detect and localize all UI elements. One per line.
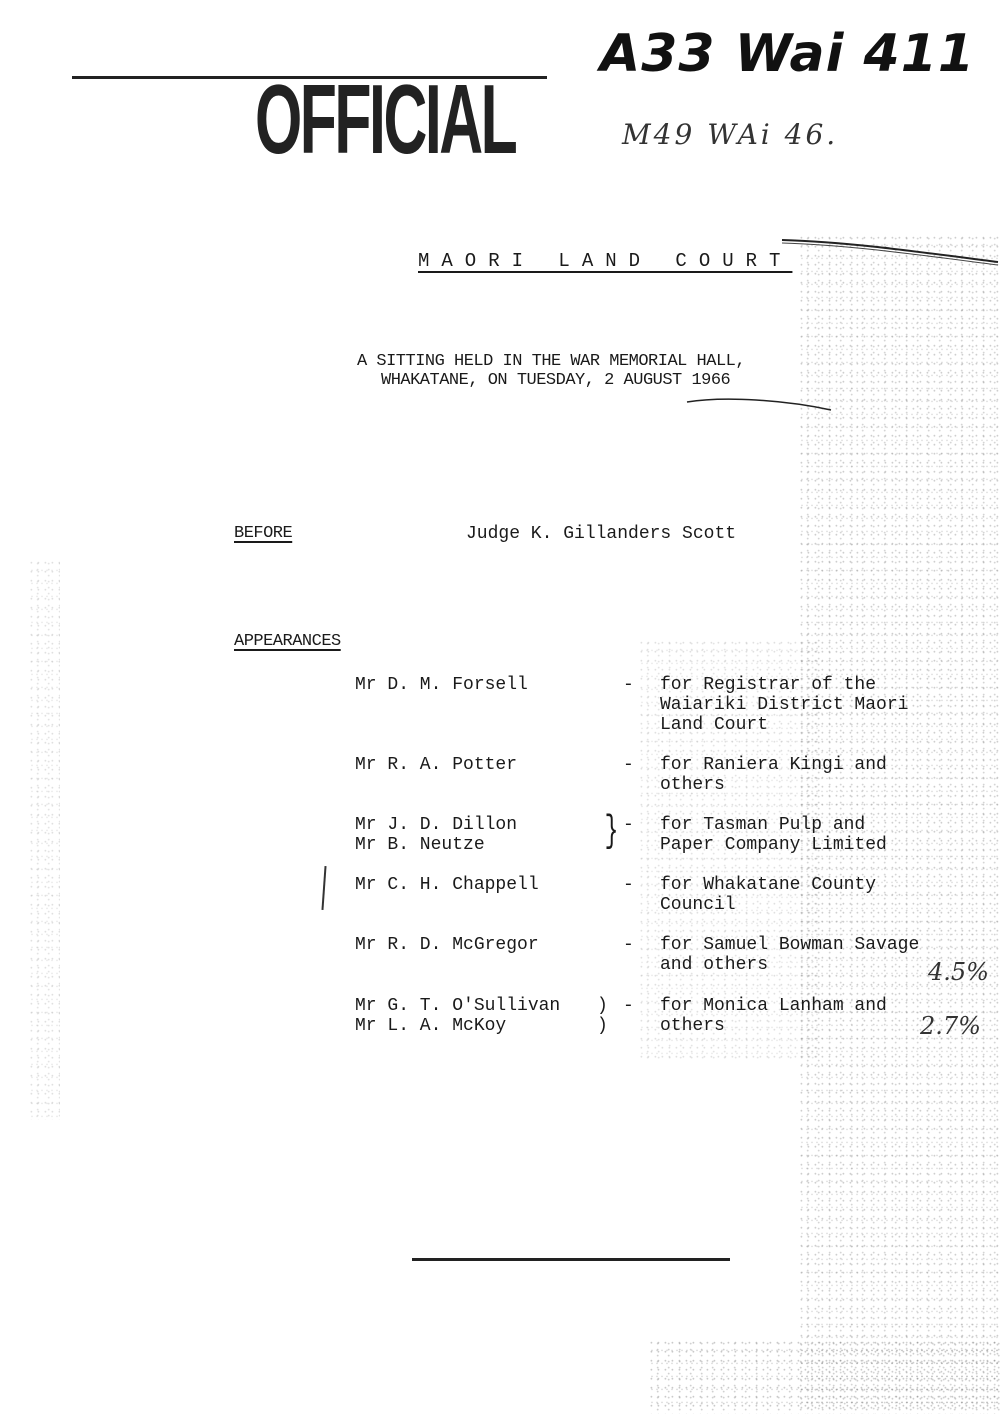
judge-name: Judge K. Gillanders Scott: [466, 524, 736, 544]
represented-party: for Samuel Bowman Savage and others: [660, 935, 919, 975]
row-dash: -: [623, 875, 634, 895]
closing-rule: [412, 1258, 730, 1261]
row-dash: -: [623, 815, 634, 835]
appearances-label: APPEARANCES: [234, 632, 341, 651]
counsel-names: Mr R. A. Potter: [355, 755, 517, 775]
grouping-brace: }: [605, 813, 619, 851]
sitting-line-1: A SITTING HELD IN THE WAR MEMORIAL HALL,: [357, 352, 745, 371]
margin-mark: [321, 866, 326, 910]
scan-noise-bottom: [650, 1340, 1000, 1414]
counsel-names: Mr G. T. O'Sullivan Mr L. A. McKoy: [355, 996, 560, 1036]
counsel-names: Mr C. H. Chappell: [355, 875, 539, 895]
counsel-names: Mr R. D. McGregor: [355, 935, 539, 955]
row-dash: -: [623, 935, 634, 955]
counsel-names: Mr D. M. Forsell: [355, 675, 528, 695]
counsel-names: Mr J. D. Dillon Mr B. Neutze: [355, 815, 517, 855]
court-title: MAORI LAND COURT: [418, 250, 792, 272]
handwritten-secondary-reference: M49 WAi 46.: [622, 118, 838, 151]
scan-noise-left: [30, 560, 60, 1120]
official-stamp: OFFICIAL: [255, 70, 515, 168]
represented-party: for Raniera Kingi and others: [660, 755, 887, 795]
before-label: BEFORE: [234, 524, 292, 543]
grouping-brace: ) ): [597, 996, 608, 1036]
handwritten-margin-note: 4.5%: [928, 958, 989, 986]
row-dash: -: [623, 996, 634, 1016]
sitting-line-2: WHAKATANE, ON TUESDAY, 2 AUGUST 1966: [357, 371, 745, 390]
represented-party: for Registrar of the Waiariki District M…: [660, 675, 908, 735]
row-dash: -: [623, 755, 634, 775]
handwritten-reference: A33 Wai 411: [600, 24, 975, 84]
represented-party: for Monica Lanham and others: [660, 996, 887, 1036]
sitting-details: A SITTING HELD IN THE WAR MEMORIAL HALL,…: [357, 352, 745, 390]
header-pen-stroke: [780, 236, 1000, 266]
row-dash: -: [623, 675, 634, 695]
represented-party: for Whakatane County Council: [660, 875, 876, 915]
represented-party: for Tasman Pulp and Paper Company Limite…: [660, 815, 887, 855]
date-underline-stroke: [685, 396, 835, 416]
handwritten-margin-note: 2.7%: [920, 1012, 981, 1040]
